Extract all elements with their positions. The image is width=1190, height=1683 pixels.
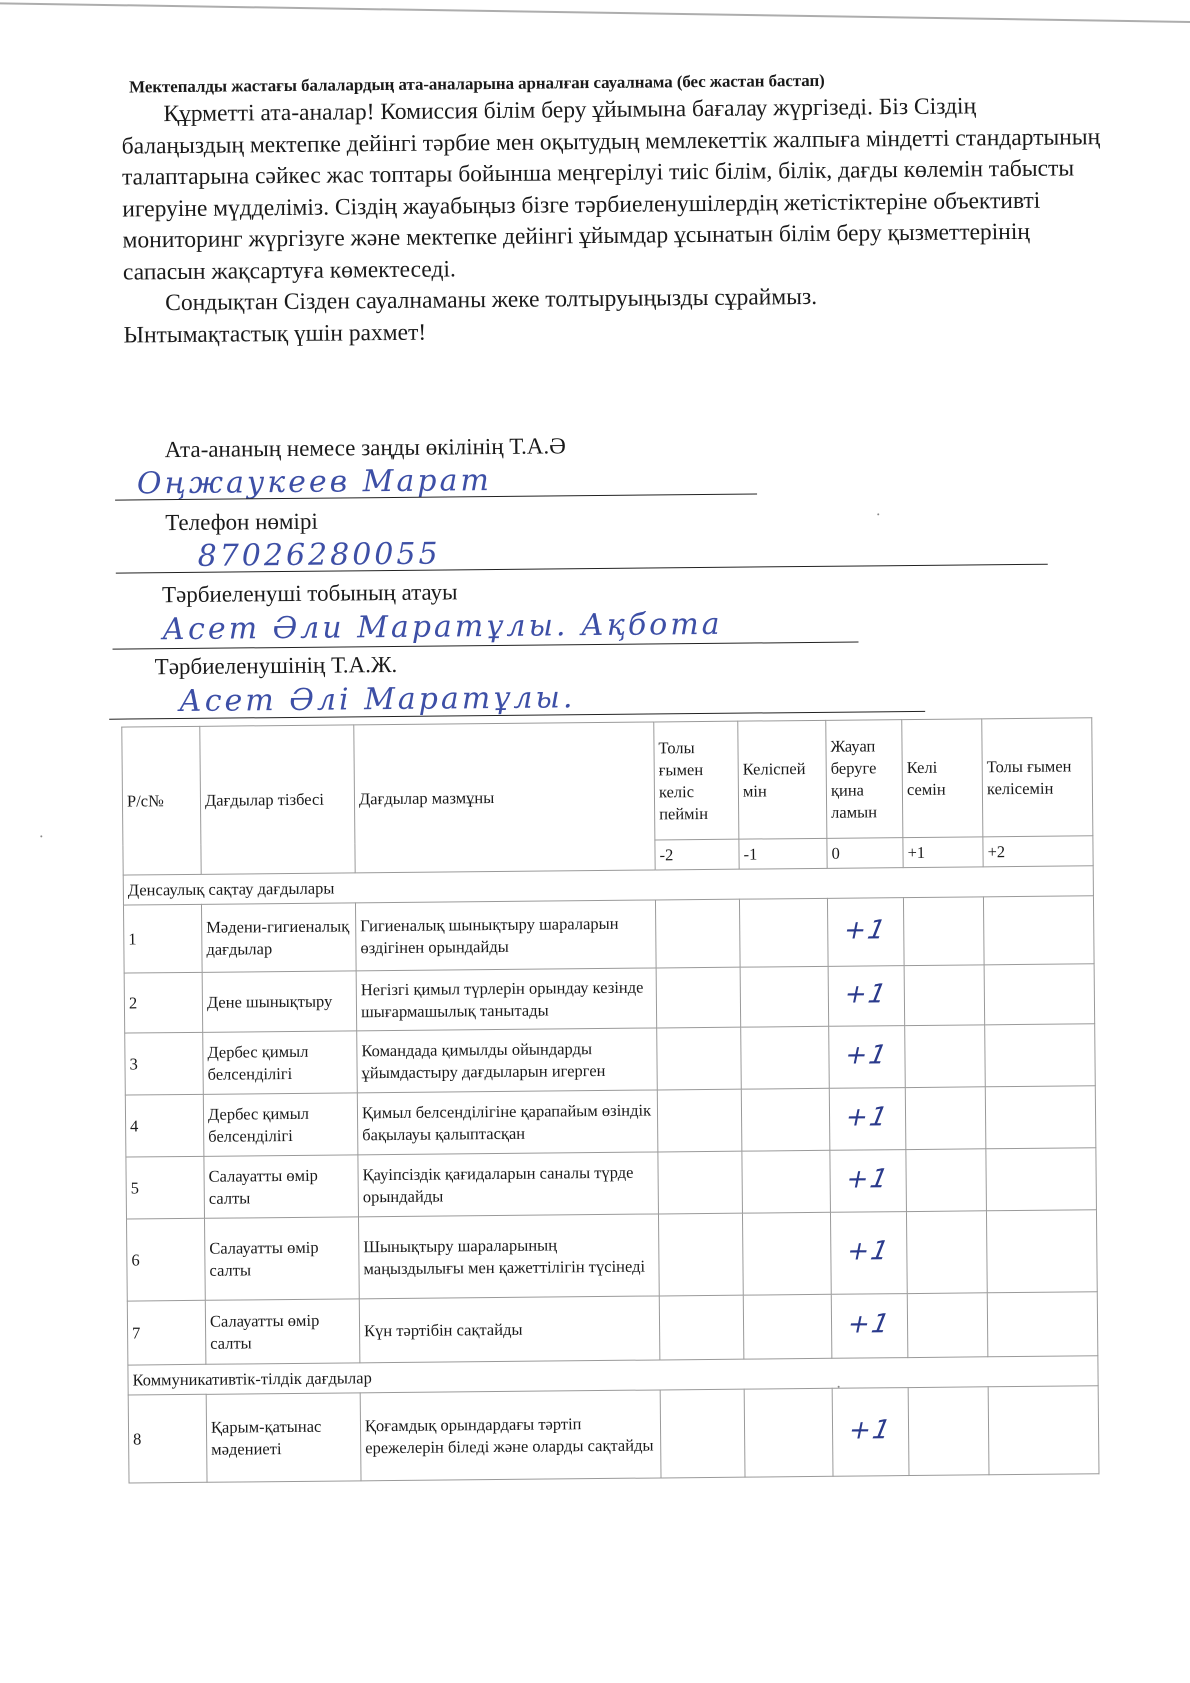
- row-content: Гигиеналық шынықтыру шараларын өздігінен…: [355, 900, 656, 971]
- survey-page: Мектепалды жастағы балалардың ата-аналар…: [0, 0, 1190, 1683]
- table-row: 6Салауатты өмір салтыШынықтыру шараларын…: [127, 1210, 1098, 1301]
- header-scale-undecided: Жауап беруге қина ламын: [826, 720, 903, 839]
- answer-cell-undecided[interactable]: +1: [827, 898, 904, 967]
- row-content: Қоғамдық орындардағы тәртіп ережелерін б…: [360, 1390, 661, 1481]
- header-scale-strongly-agree: Толы ғымен келісемін: [982, 718, 1093, 837]
- answer-cell-undecided[interactable]: +1: [830, 1212, 907, 1295]
- answer-cell-strongly-agree[interactable]: [988, 1386, 1099, 1475]
- answer-cell-undecided[interactable]: +1: [829, 1088, 906, 1151]
- row-number: 6: [127, 1218, 206, 1301]
- phone-field[interactable]: Телефон нөмірі 87026280055: [0, 0, 1182, 6]
- phone-value[interactable]: 87026280055: [197, 537, 440, 574]
- row-skill: Мәдени-гигиеналық дағдылар: [201, 903, 356, 972]
- table-row: 4Дербес қимыл белсенділігіҚимыл белсенді…: [125, 1086, 1096, 1157]
- row-skill: Дербес қимыл белсенділігі: [203, 1031, 358, 1094]
- row-skill: Дербес қимыл белсенділігі: [203, 1093, 358, 1156]
- handwritten-mark: +1: [847, 1419, 894, 1441]
- header-skill-list: Дағдылар тізбесі: [200, 725, 355, 874]
- handwritten-mark: +1: [845, 1240, 892, 1262]
- survey-table: Р/с№ Дағдылар тізбесі Дағдылар мазмұны Т…: [121, 717, 1099, 1483]
- handwritten-mark: +1: [846, 1313, 893, 1335]
- answer-cell-undecided[interactable]: +1: [828, 966, 905, 1027]
- row-content: Қимыл белсенділігіне қарапайым өзіндік б…: [357, 1090, 658, 1155]
- phone-label: Телефон нөмірі: [165, 509, 318, 536]
- answer-cell-strongly-agree[interactable]: [984, 964, 1095, 1025]
- score-zero: 0: [827, 838, 903, 869]
- answer-cell-strongly-agree[interactable]: [985, 1024, 1096, 1087]
- answer-cell-undecided[interactable]: +1: [832, 1388, 909, 1477]
- answer-cell-undecided[interactable]: +1: [830, 1150, 907, 1213]
- child-name-value[interactable]: Асет Әлі Маратұлы.: [179, 680, 576, 719]
- row-number: 7: [127, 1300, 206, 1365]
- table-row: 1Мәдени-гигиеналық дағдыларГигиеналық шы…: [123, 896, 1094, 973]
- answer-cell-disagree[interactable]: [739, 898, 828, 967]
- answer-cell-strongly-disagree[interactable]: [657, 1089, 742, 1152]
- row-skill: Салауатты өмір салты: [204, 1217, 359, 1300]
- answer-cell-disagree[interactable]: [740, 966, 829, 1027]
- row-content: Шынықтыру шараларының маңыздылығы мен қа…: [358, 1214, 659, 1299]
- answer-cell-disagree[interactable]: [741, 1026, 830, 1089]
- parent-name-field[interactable]: Ата-ананың немесе заңды өкілінің Т.А.Ә О…: [0, 0, 1182, 6]
- scan-speck: [877, 513, 879, 515]
- row-content: Қауіпсіздік қағидаларын саналы түрде оры…: [358, 1152, 659, 1217]
- answer-cell-strongly-disagree[interactable]: [658, 1151, 743, 1214]
- answer-cell-strongly-agree[interactable]: [987, 1292, 1098, 1357]
- handwritten-mark: +1: [844, 1106, 891, 1128]
- row-content: Командада қимылды ойындарды ұйымдастыру …: [357, 1028, 658, 1093]
- answer-cell-agree[interactable]: [903, 897, 984, 966]
- table-row: 8Қарым-қатынас мәдениетіҚоғамдық орындар…: [128, 1386, 1099, 1483]
- table-row: 2Дене шынықтыруНегізгі қимыл түрлерін ор…: [124, 964, 1095, 1033]
- child-name-label: Тәрбиеленушінің Т.А.Ж.: [155, 652, 398, 680]
- answer-cell-disagree[interactable]: [741, 1088, 830, 1151]
- score-minus-1: -1: [739, 838, 827, 869]
- score-plus-2: +2: [983, 836, 1093, 867]
- score-minus-2: -2: [655, 839, 739, 870]
- row-number: 4: [125, 1094, 204, 1157]
- parent-name-label: Ата-ананың немесе заңды өкілінің Т.А.Ә: [164, 433, 565, 463]
- table-header-row: Р/с№ Дағдылар тізбесі Дағдылар мазмұны Т…: [122, 718, 1093, 845]
- child-name-field[interactable]: Тәрбиеленушінің Т.А.Ж. Асет Әлі Маратұлы…: [0, 0, 1182, 6]
- answer-cell-agree[interactable]: [904, 965, 985, 1026]
- answer-cell-undecided[interactable]: +1: [829, 1026, 906, 1089]
- scan-speck: [40, 835, 42, 837]
- handwritten-mark: +1: [843, 983, 890, 1005]
- answer-cell-disagree[interactable]: [743, 1294, 832, 1359]
- answer-cell-disagree[interactable]: [742, 1212, 831, 1295]
- row-content: Негізгі қимыл түрлерін орындау кезінде ш…: [356, 968, 657, 1031]
- answer-cell-strongly-disagree[interactable]: [656, 967, 741, 1028]
- row-number: 8: [128, 1394, 207, 1483]
- answer-cell-strongly-disagree[interactable]: [655, 899, 740, 968]
- intro-paragraph: Құрметті ата-аналар! Комиссия білім беру…: [121, 90, 1103, 288]
- answer-cell-strongly-disagree[interactable]: [659, 1295, 744, 1360]
- answer-cell-agree[interactable]: [905, 1025, 986, 1088]
- answer-cell-strongly-agree[interactable]: [983, 896, 1094, 965]
- answer-cell-agree[interactable]: [908, 1387, 989, 1476]
- answer-cell-agree[interactable]: [905, 1087, 986, 1150]
- answer-cell-strongly-agree[interactable]: [986, 1148, 1097, 1211]
- answer-cell-strongly-agree[interactable]: [986, 1210, 1097, 1293]
- answer-cell-strongly-agree[interactable]: [985, 1086, 1096, 1149]
- row-number: 5: [126, 1156, 205, 1219]
- row-content: Күн тәртібін сақтайды: [359, 1296, 660, 1363]
- header-skill-content: Дағдылар мазмұны: [354, 722, 655, 873]
- handwritten-mark: +1: [845, 1168, 892, 1190]
- table-row: 3Дербес қимыл белсенділігіКомандада қимы…: [125, 1024, 1096, 1095]
- answer-cell-agree[interactable]: [907, 1293, 988, 1358]
- table-row: 7Салауатты өмір салтыКүн тәртібін сақтай…: [127, 1292, 1098, 1365]
- intro-text: Құрметті ата-аналар! Комиссия білім беру…: [121, 90, 1103, 351]
- row-skill: Қарым-қатынас мәдениеті: [206, 1393, 361, 1482]
- table-row: 5Салауатты өмір салтыҚауіпсіздік қағидал…: [126, 1148, 1097, 1219]
- header-scale-disagree: Келіспей мін: [738, 720, 827, 839]
- row-number: 2: [124, 972, 203, 1033]
- group-name-label: Тәрбиеленуші тобының атауы: [162, 579, 458, 608]
- row-skill: Салауатты өмір салты: [205, 1299, 360, 1364]
- score-plus-1: +1: [903, 837, 983, 868]
- header-num: Р/с№: [122, 726, 201, 875]
- answer-cell-agree[interactable]: [906, 1211, 987, 1294]
- header-scale-strongly-disagree: Толы ғымен келіс пеймін: [654, 721, 739, 840]
- answer-cell-undecided[interactable]: +1: [831, 1294, 908, 1359]
- handwritten-mark: +1: [842, 919, 889, 941]
- scan-speck: [838, 1386, 840, 1388]
- row-number: 3: [125, 1032, 204, 1095]
- row-skill: Салауатты өмір салты: [204, 1155, 359, 1218]
- answer-cell-strongly-disagree[interactable]: [658, 1213, 743, 1296]
- row-number: 1: [123, 904, 202, 973]
- group-name-value[interactable]: Асет Әли Маратұлы. Ақбота: [162, 607, 723, 647]
- answer-cell-disagree[interactable]: [744, 1388, 833, 1477]
- answer-cell-disagree[interactable]: [742, 1150, 831, 1213]
- answer-cell-agree[interactable]: [906, 1149, 987, 1212]
- handwritten-mark: +1: [844, 1044, 891, 1066]
- header-scale-agree: Келі семін: [902, 719, 983, 838]
- answer-cell-strongly-disagree[interactable]: [657, 1027, 742, 1090]
- group-name-field[interactable]: Тәрбиеленуші тобының атауы Асет Әли Мара…: [0, 0, 1182, 6]
- row-skill: Дене шынықтыру: [202, 971, 357, 1032]
- answer-cell-strongly-disagree[interactable]: [660, 1389, 745, 1478]
